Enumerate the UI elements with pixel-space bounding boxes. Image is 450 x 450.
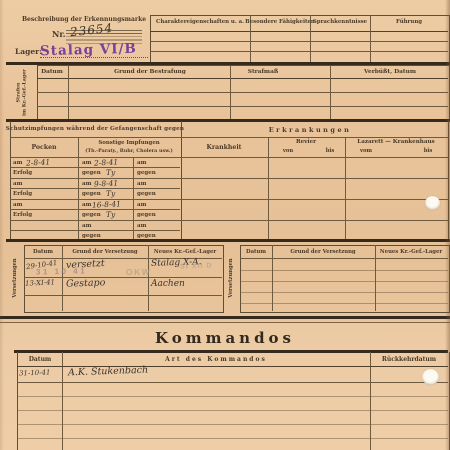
rule bbox=[240, 270, 448, 271]
vacc-r5-label: am bbox=[13, 202, 22, 208]
transfers-left-side-label: Versetzungen bbox=[12, 248, 20, 308]
vacc-r7-label3: am bbox=[137, 223, 146, 229]
vacc-r6-value: Ty bbox=[106, 210, 115, 219]
rule bbox=[272, 245, 273, 311]
transfers-right-header-date: Datum bbox=[246, 249, 266, 255]
vacc-r3-label: am bbox=[13, 181, 22, 187]
kommandos-title: Kommandos bbox=[0, 329, 450, 347]
rule bbox=[17, 382, 448, 383]
stalag-xii-stamp: St XII D bbox=[180, 262, 213, 270]
traits-header-languages: Sprachkenntnisse bbox=[313, 19, 367, 25]
rule bbox=[375, 245, 376, 311]
vacc-r1-label2: am bbox=[82, 160, 91, 166]
rule bbox=[68, 65, 69, 119]
rule bbox=[62, 245, 63, 311]
rule bbox=[180, 178, 448, 179]
vacc-r4-value: Ty bbox=[106, 189, 115, 198]
id-block-title: Beschreibung der Erkennungsmarke bbox=[22, 16, 146, 23]
illnesses-title: Erkrankungen bbox=[269, 126, 352, 134]
rule bbox=[17, 424, 448, 425]
illnesses-col-hospital: Lazarett — Krankenhaus bbox=[357, 139, 434, 145]
illnesses-col-sickbay: Revier bbox=[296, 139, 316, 145]
punishments-header-date: Datum bbox=[41, 69, 63, 75]
kommandos-header-type: Art des Kommandos bbox=[165, 356, 267, 363]
transfers-right-header-reason: Grund der Versetzung bbox=[290, 249, 355, 255]
vacc-r3-label2: am bbox=[82, 181, 91, 187]
vacc-r2-value: Ty bbox=[106, 168, 115, 177]
illnesses-sickbay-to: bis bbox=[326, 148, 335, 154]
rule bbox=[150, 51, 448, 52]
illnesses-hospital-to: bis bbox=[424, 148, 433, 154]
vacc-r1-label: am bbox=[13, 160, 22, 166]
punch-hole bbox=[422, 369, 439, 385]
rule bbox=[240, 292, 448, 293]
rule bbox=[10, 220, 180, 221]
vacc-r3-label3: am bbox=[137, 181, 146, 187]
rule bbox=[330, 65, 331, 119]
transfer-r2-newcamp: Aachen bbox=[151, 279, 185, 289]
transfers-right-side-label: Versetzungen bbox=[228, 248, 236, 308]
vacc-r2-label3: gegen bbox=[137, 170, 156, 176]
rule-heavy bbox=[6, 239, 450, 242]
vacc-r1-date2: 2-8-41 bbox=[94, 157, 119, 167]
transfer-r2-reason: Gestapo bbox=[66, 277, 106, 289]
illnesses-hospital-from: vom bbox=[360, 148, 372, 154]
rule bbox=[180, 157, 448, 158]
vacc-r2-label2: gegen bbox=[82, 170, 101, 176]
faint-date-stamp: 31 10 41 bbox=[36, 267, 87, 277]
paper-edge-shadow bbox=[0, 0, 4, 450]
vacc-r2-label: Erfolg bbox=[13, 170, 32, 176]
traits-header-abilities: Besondere Fähigkeiten bbox=[245, 19, 315, 25]
rule bbox=[180, 220, 448, 221]
vacc-r6-label3: gegen bbox=[137, 212, 156, 218]
vaccinations-col-other: Sonstige Impfungen bbox=[98, 140, 159, 146]
transfers-left-header-reason: Grund der Versetzung bbox=[72, 249, 137, 255]
vacc-r1-date: 2-8-41 bbox=[26, 157, 51, 167]
lager-label: Lager: bbox=[15, 47, 42, 56]
rule bbox=[370, 15, 371, 62]
rule bbox=[24, 295, 222, 296]
vacc-r5-date2: 16-8-41 bbox=[92, 199, 121, 210]
vacc-r1-label3: am bbox=[137, 160, 146, 166]
vacc-r5-label3: am bbox=[137, 202, 146, 208]
rule bbox=[37, 78, 448, 79]
vacc-r6-label: Erfolg bbox=[13, 212, 32, 218]
punishments-header-reason: Grund der Bestrafung bbox=[114, 69, 186, 75]
rule bbox=[345, 137, 346, 239]
transfers-left-header-date: Datum bbox=[33, 249, 53, 255]
card-edge-rule bbox=[0, 316, 450, 319]
vacc-r7-label2: am bbox=[82, 223, 91, 229]
rule bbox=[180, 199, 448, 200]
punch-hole bbox=[425, 196, 440, 210]
rule bbox=[37, 92, 448, 93]
pow-record-card: Beschreibung der Erkennungsmarke Nr. 236… bbox=[0, 0, 450, 450]
vacc-r6-label2: gegen bbox=[82, 212, 101, 218]
punishments-header-served: Verbüßt, Datum bbox=[364, 69, 416, 75]
rule bbox=[10, 137, 180, 138]
rule bbox=[17, 410, 448, 411]
transfers-right-header-newcamp: Neues Kr.-Gef.-Lager bbox=[380, 249, 442, 255]
rule bbox=[17, 438, 448, 439]
vaccinations-col-other-sub: (Tb.-Paraty., Ruhr, Cholera usw.) bbox=[85, 148, 172, 154]
rule bbox=[148, 245, 149, 311]
punishments-header-sentence: Strafmaß bbox=[248, 69, 278, 75]
nr-label: Nr. bbox=[52, 29, 66, 39]
rule bbox=[230, 65, 231, 119]
stalag-stamp: Stalag VI/B bbox=[40, 41, 137, 60]
rule bbox=[17, 396, 448, 397]
illnesses-sickbay-from: von bbox=[283, 148, 293, 154]
rule bbox=[10, 230, 180, 231]
rule bbox=[37, 106, 448, 107]
rule bbox=[268, 137, 269, 239]
illnesses-col-disease: Krankheit bbox=[206, 144, 241, 151]
transfers-left-header-newcamp: Neues Kr.-Gef.-Lager bbox=[154, 249, 216, 255]
rule bbox=[240, 303, 448, 304]
transfer-r2-date: 13-XI-41 bbox=[25, 278, 55, 288]
vacc-r4-label3: gegen bbox=[137, 191, 156, 197]
rule bbox=[240, 281, 448, 282]
vaccinations-title: Schutzimpfungen während der Gefangenscha… bbox=[6, 126, 184, 132]
vacc-r4-label2: gegen bbox=[82, 191, 101, 197]
vaccinations-col-smallpox: Pocken bbox=[31, 144, 56, 151]
kommandos-header-date: Datum bbox=[29, 356, 52, 363]
paper-edge-shadow bbox=[445, 0, 450, 450]
vacc-r5-label2: am bbox=[82, 202, 91, 208]
side-label-line2: im Kr.-Gef.-Lager bbox=[22, 66, 28, 120]
kommando-r1-date: 31-10-41 bbox=[19, 368, 51, 377]
vacc-r3-date2: 9-8-41 bbox=[94, 178, 119, 188]
traits-header-character: Charaktereigenschaften u. a. bbox=[156, 19, 244, 25]
traits-header-conduct: Führung bbox=[396, 19, 422, 25]
rule bbox=[180, 137, 448, 138]
kommandos-header-return: Rückkehrdatum bbox=[382, 356, 436, 363]
rule bbox=[150, 31, 448, 32]
rule bbox=[133, 157, 134, 239]
vacc-r4-label: Erfolg bbox=[13, 191, 32, 197]
rule bbox=[150, 41, 448, 42]
punishments-side-label: Strafen im Kr.-Gef.-Lager bbox=[16, 66, 29, 120]
okw-stamp: OKW bbox=[126, 267, 151, 277]
